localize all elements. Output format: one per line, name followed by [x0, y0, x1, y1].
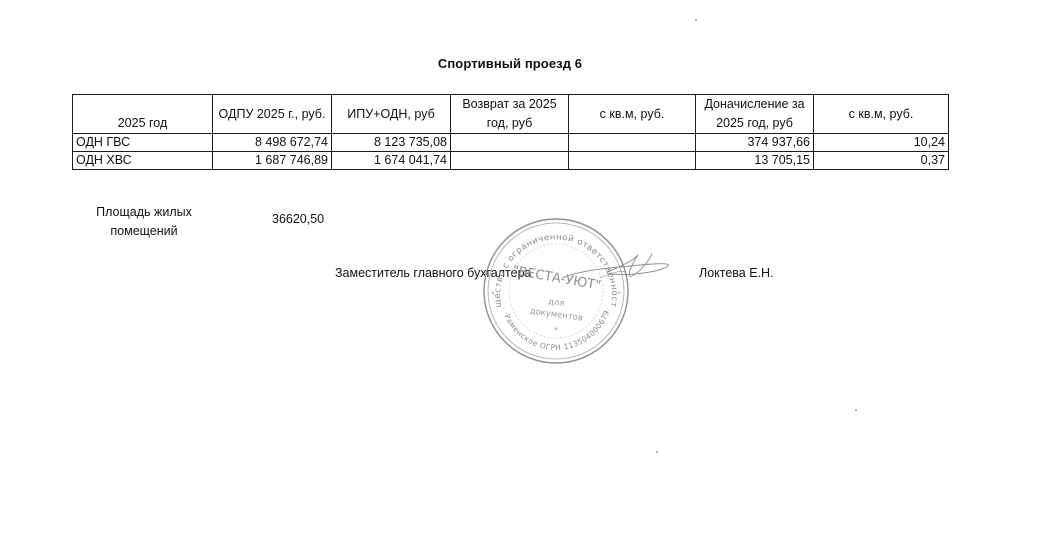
cell-surcharge: 374 937,66	[696, 134, 814, 152]
table-row: ОДН ГВС 8 498 672,74 8 123 735,08 374 93…	[73, 134, 949, 152]
cell-odpu: 1 687 746,89	[213, 152, 332, 170]
cell-surcharge-per-sqm: 10,24	[814, 134, 949, 152]
cell-refund-per-sqm	[569, 134, 696, 152]
svg-text:документов: документов	[529, 306, 583, 323]
svg-text:*: *	[554, 326, 558, 335]
row-label: ОДН ГВС	[73, 134, 213, 152]
company-stamp-icon: Общество с ограниченной ответственностью…	[481, 216, 631, 366]
table-header-row: 2025 год ОДПУ 2025 г., руб. ИПУ+ОДН, руб…	[73, 95, 949, 134]
handwritten-signature-icon	[560, 248, 680, 288]
cell-refund-per-sqm	[569, 152, 696, 170]
header-odpu: ОДПУ 2025 г., руб.	[213, 95, 332, 134]
header-refund: Возврат за 2025 год, руб	[451, 95, 569, 134]
report-table: 2025 год ОДПУ 2025 г., руб. ИПУ+ОДН, руб…	[72, 94, 949, 170]
svg-text:г. Раменское ОГРН 11350400067: г. Раменское ОГРН 1135040006793	[481, 216, 611, 352]
document-title: Спортивный проезд 6	[0, 56, 1020, 71]
cell-refund	[451, 152, 569, 170]
header-year: 2025 год	[73, 95, 213, 134]
header-surcharge-per-sqm: с кв.м, руб.	[814, 95, 949, 134]
cell-odpu: 8 498 672,74	[213, 134, 332, 152]
signatory-name: Локтева Е.Н.	[699, 266, 774, 280]
row-label: ОДН ХВС	[73, 152, 213, 170]
living-area-value: 36620,50	[272, 212, 324, 226]
scan-speck	[695, 19, 697, 21]
svg-text:Общество с ограниченной ответс: Общество с ограниченной ответственностью	[481, 216, 619, 308]
header-surcharge: Доначисление за 2025 год, руб	[696, 95, 814, 134]
table-row: ОДН ХВС 1 687 746,89 1 674 041,74 13 705…	[73, 152, 949, 170]
svg-text:*: *	[617, 290, 621, 298]
living-area-label: Площадь жилых помещений	[84, 203, 204, 241]
header-refund-per-sqm: с кв.м, руб.	[569, 95, 696, 134]
cell-surcharge: 13 705,15	[696, 152, 814, 170]
cell-refund	[451, 134, 569, 152]
cell-ipu-odn: 8 123 735,08	[332, 134, 451, 152]
svg-text:для: для	[547, 297, 565, 309]
signatory-role: Заместитель главного бухгалтера	[335, 266, 532, 280]
cell-surcharge-per-sqm: 0,37	[814, 152, 949, 170]
header-ipu-odn: ИПУ+ОДН, руб	[332, 95, 451, 134]
cell-ipu-odn: 1 674 041,74	[332, 152, 451, 170]
svg-text:*: *	[491, 290, 495, 298]
scan-speck	[855, 409, 857, 411]
scan-speck	[656, 451, 658, 453]
